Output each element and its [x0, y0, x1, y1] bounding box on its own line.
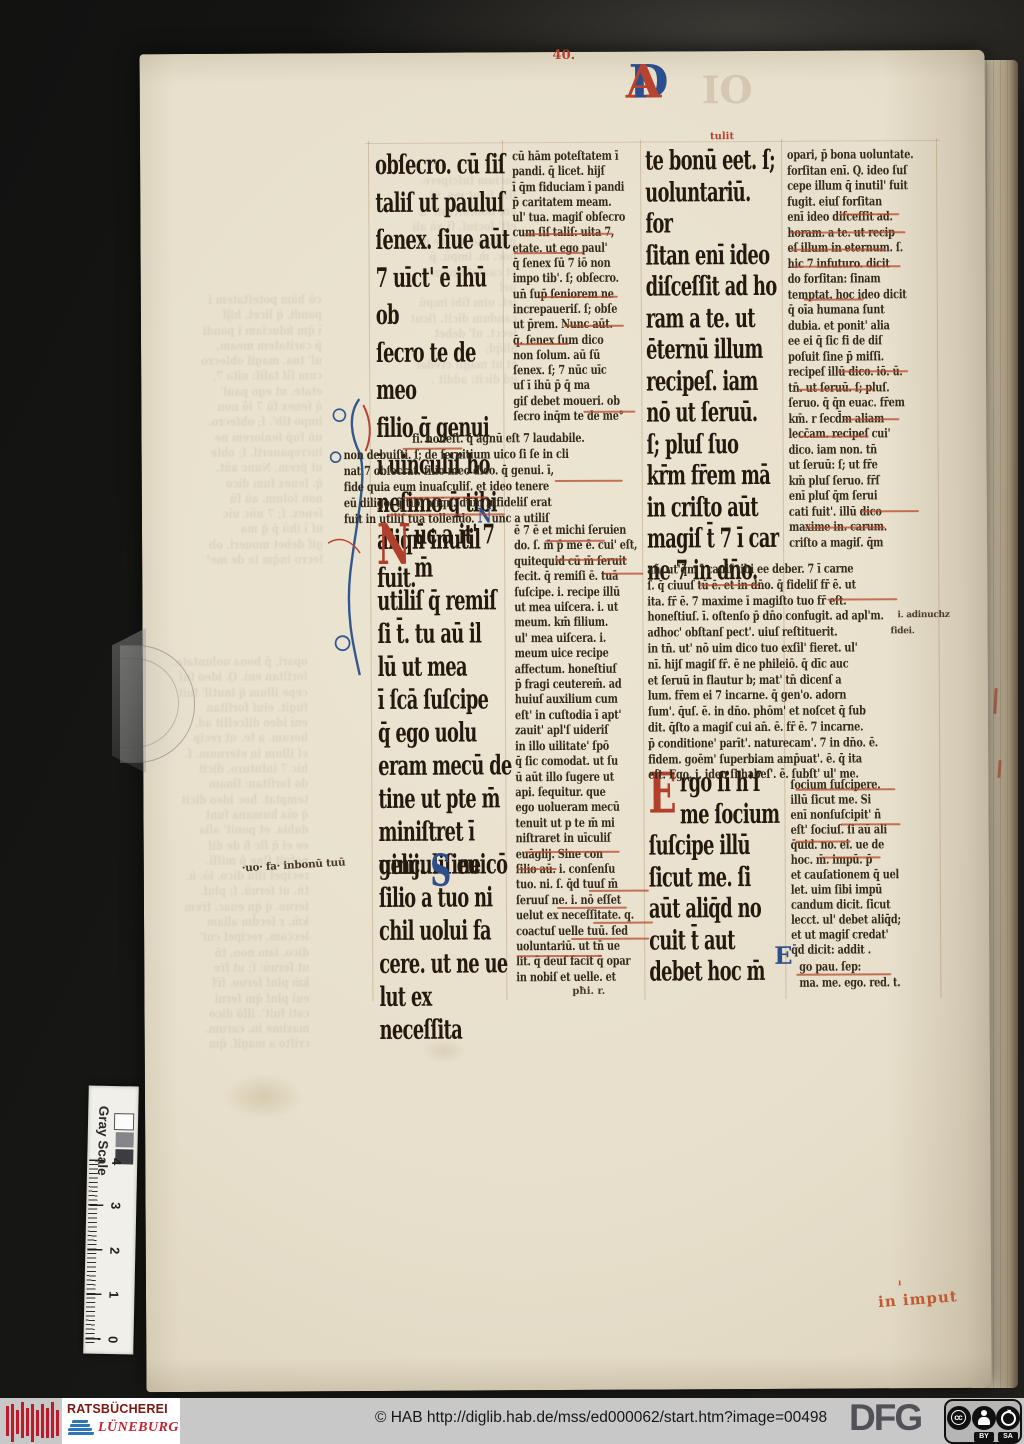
scanned-manuscript-viewer: { "manuscript": { "quire_mark": "40.", "…	[0, 0, 1024, 1444]
initial-E-blue-small: E	[774, 941, 792, 970]
dfg-logo: DFG	[849, 1397, 921, 1439]
manuscript-page: cū hām poteſtatem ī pandi. q̄ licet. hij…	[140, 50, 992, 1392]
cc-letters: cc	[951, 1410, 966, 1425]
gloss-band-b: añ. ut'q̄m ī cauiſ tibi ee deber. 7 ī ca…	[647, 560, 954, 783]
red-underline-mark	[603, 573, 643, 575]
parchment-stain	[223, 1073, 303, 1119]
initial-N-blue-small: N	[477, 503, 491, 527]
cc-by-icon	[972, 1406, 996, 1430]
main-text-col2-part1: te bonū eet. ſ; uoluntariū. for ſitan en…	[645, 145, 783, 587]
red-underline-mark	[564, 325, 624, 327]
ruler-number: 2	[107, 1247, 122, 1255]
ruler-number: 0	[105, 1336, 120, 1344]
marginal-note-right-2: fidei.	[891, 626, 915, 636]
red-underline-mark	[403, 448, 463, 450]
cc-sa-label: SA	[998, 1432, 1018, 1442]
copyright-url: © HAB http://diglib.hab.de/mss/ed000062/…	[375, 1409, 827, 1427]
red-underline-mark	[844, 418, 899, 420]
red-underline-mark	[821, 856, 881, 858]
cc-sa-icon	[996, 1406, 1020, 1430]
red-underline-mark	[583, 411, 635, 413]
gloss-footnote: pħi. r.	[572, 986, 605, 997]
grayscale-ruler: Gray Scale 4 3 2 1 0	[83, 1086, 139, 1355]
swatch-white	[114, 1113, 134, 1130]
ruler-number: 4	[109, 1158, 124, 1166]
red-underline-mark	[593, 922, 653, 924]
main-text-col1-part2: Nūc a it' 7 m̄ utiliſ q̄ remiſ ſi t̄. tu…	[377, 518, 514, 882]
grayscale-swatches	[113, 1113, 134, 1164]
red-underline-mark	[545, 540, 605, 542]
ruler-number: 3	[108, 1202, 123, 1210]
marginal-note-right-1: i. adinuchz	[897, 610, 949, 620]
red-underline-mark	[839, 213, 899, 215]
gloss-right-part2: ſocium ſuſcipere. illū ſicut me. Si enī …	[790, 776, 924, 957]
library-barcode-logo	[6, 1402, 60, 1440]
running-header-letter-red: A	[626, 57, 662, 105]
quire-mark: 40.	[552, 48, 575, 63]
red-underline-mark	[514, 343, 569, 345]
red-underline-mark	[589, 890, 649, 892]
red-underline-mark	[517, 868, 557, 870]
cc-license-badge: cc BY SA	[944, 1399, 1022, 1444]
red-colophon-tick: ı	[898, 1278, 901, 1288]
ruler-number: 1	[106, 1291, 121, 1299]
main-text-col2-part2: Ergo ſi h'ſ me ſocium ſuſcipe illū ſicut…	[648, 767, 784, 988]
main-text-col1-part3: gelij. Sine cō ſilio a tuo ni chil uolui…	[379, 848, 515, 1047]
show-through-text: cū hām poteſtatem ī pandi. q̄ licet. hij…	[186, 291, 323, 567]
red-colophon-note: in imput	[877, 1287, 958, 1311]
ruling-line	[365, 140, 940, 144]
book-icon	[68, 1420, 94, 1438]
red-ink-edge-mark	[993, 688, 997, 714]
cc-icon: cc	[947, 1406, 971, 1430]
red-underline-mark	[699, 584, 759, 586]
red-underline-mark	[804, 298, 864, 300]
footer-bar: RATSBÜCHEREI LÜNEBURG © HAB http://digli…	[0, 1398, 1024, 1444]
red-underline-mark	[841, 823, 901, 825]
running-header: AD	[626, 57, 669, 105]
gloss-mid-part2: ē 7 ē et michi ſeruien do. ſ. m̄ p̄ me ē…	[514, 522, 649, 985]
running-header-show-through: IO	[702, 67, 753, 112]
main-text-col1-part3-pre: gelij.	[379, 850, 431, 881]
red-underline-mark	[796, 841, 851, 843]
library-name: RATSBÜCHEREI	[67, 1402, 168, 1416]
interlinear-gloss: tulit	[710, 131, 734, 142]
gloss-right-part1: opari, p̄ bona uoluntate. forſitan enī. …	[787, 146, 922, 550]
ruler-major-ticks	[85, 1160, 104, 1346]
library-city: LÜNEBURG	[98, 1420, 179, 1436]
gloss-mid-part1: cū hām poteſtatem ī pandi. q̄ licet. hij…	[512, 148, 646, 424]
red-underline-mark	[861, 510, 919, 512]
swatch-gray	[116, 1132, 134, 1147]
red-ink-edge-mark	[997, 760, 1001, 778]
cc-by-label: BY	[974, 1432, 994, 1442]
library-logo: RATSBÜCHEREI LÜNEBURG	[62, 1398, 180, 1444]
